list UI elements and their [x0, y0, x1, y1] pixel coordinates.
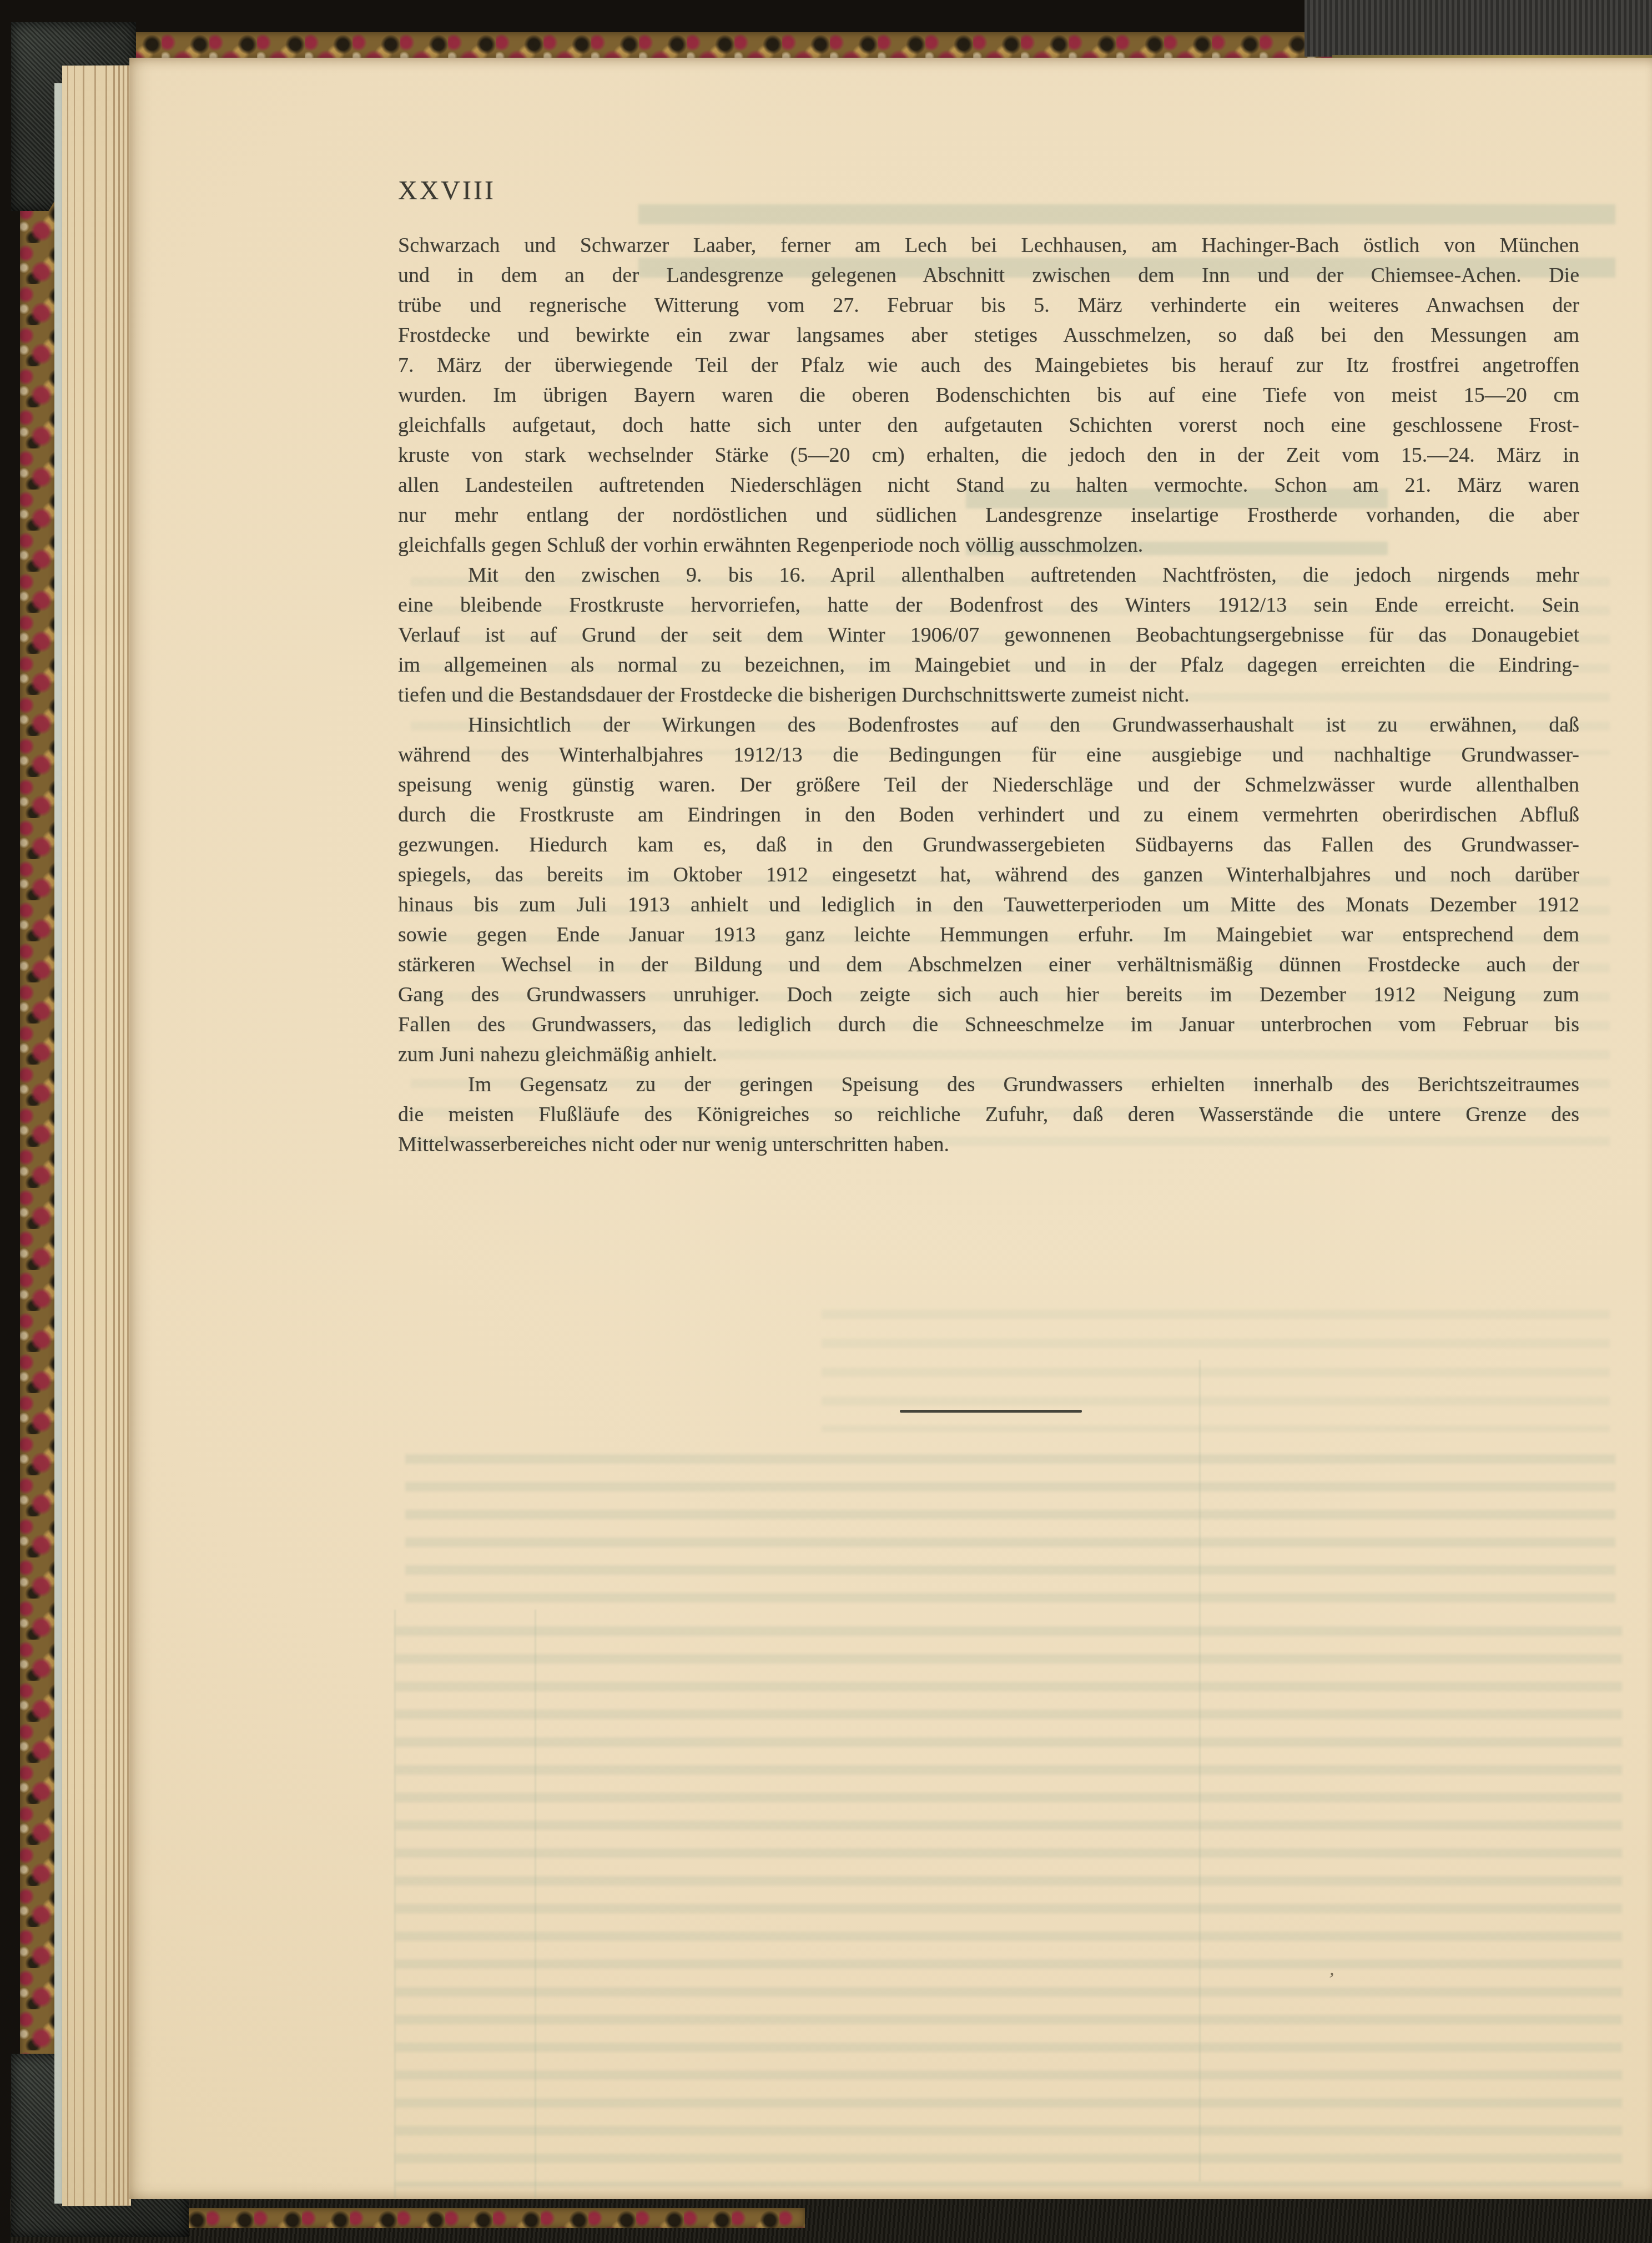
page-edge-stack [62, 65, 131, 2206]
text-line: 7. März der überwiegende Teil der Pfalz … [398, 350, 1579, 380]
paragraph: Mit den zwischen 9. bis 16. April allent… [398, 560, 1579, 710]
text-line: wurden. Im übrigen Bayern waren die ober… [398, 380, 1579, 410]
text-line: Im Gegensatz zu der geringen Speisung de… [398, 1070, 1579, 1100]
text-line: die meisten Flußläufe des Königreiches s… [398, 1100, 1579, 1130]
text-line: Hinsichtlich der Wirkungen des Bodenfros… [398, 710, 1579, 740]
page-number: XXVIII [398, 175, 496, 206]
text-line: kruste von stark wechselnder Stärke (5—2… [398, 440, 1579, 470]
text-line: zum Juni nahezu gleichmäßig anhielt. [398, 1040, 1579, 1070]
text-line: Fallen des Grundwassers, das lediglich d… [398, 1010, 1579, 1040]
text-line: hinaus bis zum Juli 1913 anhielt und led… [398, 890, 1579, 920]
text-line: und in dem an der Landesgrenze gelegenen… [398, 260, 1579, 290]
page-top-edge-line [1332, 55, 1652, 58]
text-line: gleichfalls gegen Schluß der vorhin erwä… [398, 530, 1579, 560]
paragraph: Hinsichtlich der Wirkungen des Bodenfros… [398, 710, 1579, 1070]
marbled-board-bottom-edge [111, 2208, 805, 2228]
text-line: eine bleibende Frostkruste hervorriefen,… [398, 590, 1579, 620]
paragraph: Im Gegensatz zu der geringen Speisung de… [398, 1070, 1579, 1160]
text-line: Frostdecke und bewirkte ein zwar langsam… [398, 320, 1579, 350]
text-line: gleichfalls aufgetaut, doch hatte sich u… [398, 410, 1579, 440]
text-line: spiegels, das bereits im Oktober 1912 ei… [398, 860, 1579, 890]
text-line: Mittelwasserbereiches nicht oder nur wen… [398, 1130, 1579, 1160]
scanned-page-photo: XXVIII Schwarzach und Schwarzer Laaber, … [0, 0, 1652, 2243]
binding-shadow-top-right [1305, 0, 1652, 57]
text-line: speisung wenig günstig waren. Der größer… [398, 770, 1579, 800]
text-line: tiefen und die Bestandsdauer der Frostde… [398, 680, 1579, 710]
text-line: Gang des Grundwassers unruhiger. Doch ze… [398, 980, 1579, 1010]
text-line: allen Landesteilen auftretenden Niedersc… [398, 470, 1579, 500]
paragraph: Schwarzach und Schwarzer Laaber, ferner … [398, 230, 1579, 560]
text-block: Schwarzach und Schwarzer Laaber, ferner … [398, 230, 1579, 1160]
text-line: durch die Frostkruste am Eindringen in d… [398, 800, 1579, 830]
text-line: Mit den zwischen 9. bis 16. April allent… [398, 560, 1579, 590]
text-line: Verlauf ist auf Grund der seit dem Winte… [398, 620, 1579, 650]
text-line: nur mehr entlang der nordöstlichen und s… [398, 500, 1579, 530]
text-line: sowie gegen Ende Januar 1913 ganz leicht… [398, 920, 1579, 950]
text-line: trübe und regnerische Witterung vom 27. … [398, 290, 1579, 320]
text-line: im allgemeinen als normal zu bezeichnen,… [398, 650, 1579, 680]
text-line: gezwungen. Hiedurch kam es, daß in den G… [398, 830, 1579, 860]
text-line: während des Winterhalbjahres 1912/13 die… [398, 740, 1579, 770]
marbled-board-top-edge [114, 32, 1391, 59]
marbled-board-left-edge [20, 161, 57, 2115]
text-line: Schwarzach und Schwarzer Laaber, ferner … [398, 230, 1579, 260]
text-line: stärkeren Wechsel in der Bildung und dem… [398, 950, 1579, 980]
section-divider-rule [900, 1410, 1082, 1413]
